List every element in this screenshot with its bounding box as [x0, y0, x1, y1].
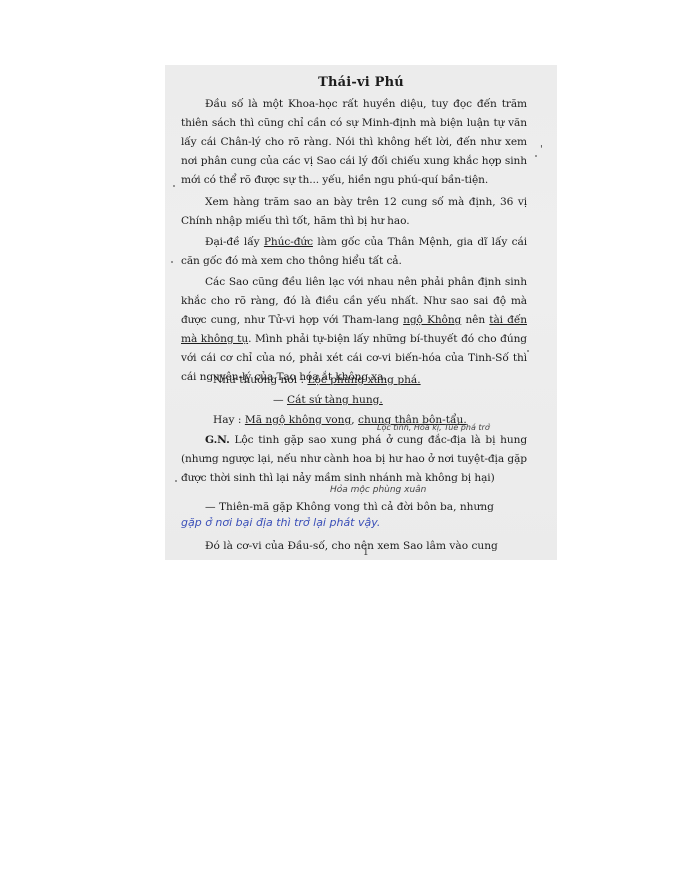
paragraph-4-text-b: nên [461, 314, 489, 326]
saying-2-dash: — [273, 394, 287, 406]
margin-mark: ' [540, 144, 543, 155]
saying-or: Hay : [213, 414, 245, 426]
paragraph-4: Các Sao cũng đều liên lạc với nhau nên p… [181, 273, 527, 387]
saying-2: — Cát sứ tàng hung. [273, 391, 383, 410]
handwritten-note-after-gn: Hỏa mộc phùng xuân [330, 485, 426, 495]
scan-speck [175, 480, 177, 482]
scanned-page: Thái-vi Phú Đầu số là một Khoa-học rất h… [165, 65, 557, 560]
handwritten-blue-note: gặp ở nơi bại địa thì trở lại phát vậy. [181, 516, 380, 529]
closing-line: Đó là cơ-vi của Đầu-số, cho nên xem Sao … [205, 537, 498, 556]
saying-1-text: Lộc phùng xung phá. [307, 374, 420, 386]
paragraph-3-text-a: Đại-đề lấy [205, 236, 264, 248]
gn-text: Lộc tinh gặp sao xung phá ở cung đắc-địa… [181, 434, 527, 484]
paragraph-3: Đại-đề lấy Phúc-đức làm gốc của Thân Mện… [181, 233, 527, 271]
paragraph-4-underlined-1: ngộ Không [403, 314, 461, 326]
saying-2-text: Cát sứ tàng hung. [287, 394, 383, 406]
page-number: 1 [363, 548, 369, 558]
gn-note: G.N. Lộc tinh gặp sao xung phá ở cung đắ… [181, 431, 527, 488]
saying-3-text-a: Mã ngộ không vong [245, 414, 351, 426]
page-title: Thái-vi Phú [165, 75, 557, 90]
paragraph-2: Xem hàng trăm sao an bày trên 12 cung số… [181, 193, 527, 231]
paragraph-3-underlined: Phúc-đức [264, 236, 313, 248]
scan-speck [173, 185, 175, 187]
scan-speck [527, 350, 529, 352]
gn-label: G.N. [205, 434, 230, 446]
saying-intro: Như thường nói : [213, 374, 307, 386]
thien-ma-line: — Thiên-mã gặp Không vong thì cả đời bôn… [205, 498, 494, 517]
saying-1: Như thường nói : Lộc phùng xung phá. [213, 371, 421, 390]
paragraph-1: Đầu số là một Khoa-học rất huyền diệu, t… [181, 95, 527, 190]
scan-speck [171, 261, 173, 263]
scan-speck [535, 155, 537, 157]
